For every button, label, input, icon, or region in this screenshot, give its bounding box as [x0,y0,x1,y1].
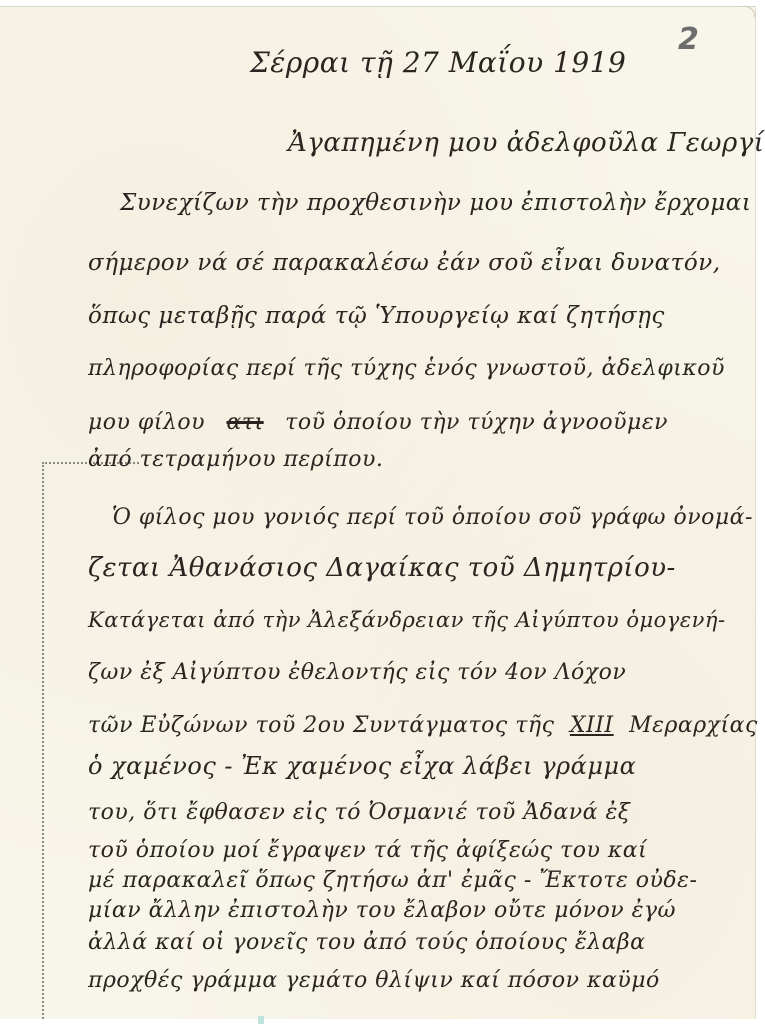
letter-line-12: ὁ χαμένος - Ἐκ χαμένος εἶχα λάβει γράμμα [88,752,636,780]
salutation: Ἀγαπημένη μου ἀδελφοῦλα Γεωργία, [288,128,765,158]
letter-line-2: σήμερον νά σέ παρακαλέσω ἐάν σοῦ εἶναι δ… [88,250,721,276]
letter-line-4: πληροφορίας περί τῆς τύχης ἑνός γνωστοῦ,… [88,356,725,381]
underlined-division-number: XIII [570,713,614,738]
letter-line-15: μέ παρακαλεῖ ὅπως ζητήσω ἀπ' ἐμᾶς - Ἔκτο… [88,868,697,893]
letter-line-1: Συνεχίζων τὴν προχθεσινὴν μου ἐπιστολὴν … [120,190,751,216]
letter-line-10: ζων ἐξ Αἰγύπτου ἐθελοντής εἰς τόν 4ον Λό… [88,660,626,685]
letter-line-13: του, ὅτι ἔφθασεν εἰς τό Ὀσμανιέ τοῦ Ἀδαν… [88,800,630,825]
line-5-end: τοῦ ὁποίου τὴν τύχην ἀγνοοῦμεν [285,410,668,435]
letter-line-3: ὅπως μεταβῇς παρά τῷ Ὑπουργείῳ καί ζητήσ… [88,303,665,329]
letter-line-17: ἀλλά καί οἱ γονεῖς του ἀπό τούς ὁποίους … [88,930,646,955]
letter-line-7: Ὁ φίλος μου γονιός περί τοῦ ὁποίου σοῦ γ… [112,505,753,530]
letter-line-6: ἀπό τετραμήνου περίπου. [88,447,383,472]
line-11-end: Μεραρχίας [629,713,758,738]
letter-line-14: τοῦ ὁποίου μοί ἔγραψεν τά τῆς ἀφίξεώς το… [88,838,647,863]
line-11-start: τῶν Εὐζώνων τοῦ 2ου Συντάγματος τῆς [88,713,554,738]
letter-line-11: τῶν Εὐζώνων τοῦ 2ου Συντάγματος τῆς XIII… [88,713,758,738]
struck-out-word: ατι [227,410,264,435]
line-5-start: μου φίλου [88,410,205,435]
letter-line-5: μου φίλου ατι τοῦ ὁποίου τὴν τύχην ἀγνοο… [88,410,668,435]
page-number: 2 [678,22,699,57]
scan-edge-mark [258,1016,264,1024]
place-date-line: Σέρραι τῇ 27 Μαΐου 1919 [250,46,626,79]
letter-line-16: μίαν ἄλλην ἐπιστολὴν του ἔλαβον οὔτε μόν… [88,898,676,923]
letter-line-9: Κατάγεται ἀπό τὴν Ἀλεξάνδρειαν τῆς Αἰγύπ… [88,608,726,632]
letter-line-18: προχθές γράμμα γεμάτο θλίψιν καί πόσον κ… [88,968,660,993]
letter-line-8: ζεται Ἀθανάσιος Δαγαίκας τοῦ Δημητρίου- [88,553,676,583]
